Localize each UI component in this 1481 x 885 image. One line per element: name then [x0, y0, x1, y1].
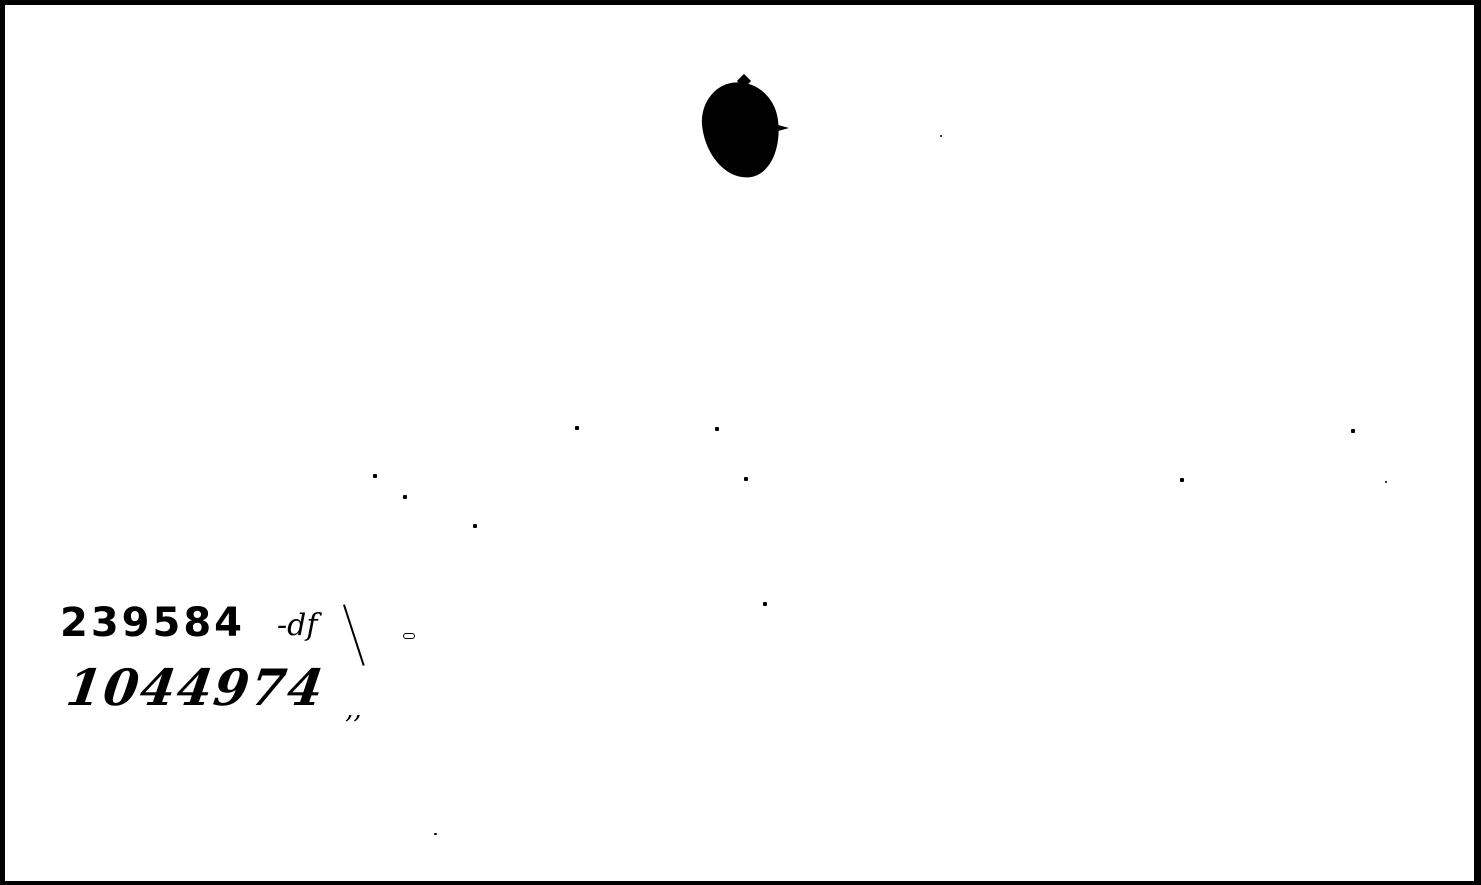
clerk-initials: -df — [277, 608, 317, 643]
dust-speck — [434, 833, 437, 835]
dust-speck — [473, 524, 477, 528]
signature-stroke — [343, 604, 365, 665]
dust-speck — [763, 602, 767, 606]
dust-speck — [1351, 429, 1355, 433]
dust-speck — [744, 477, 748, 481]
ink-smudge — [403, 633, 415, 639]
index-card: 239584 -df 1044974 ‚‚ — [5, 5, 1474, 881]
dust-speck — [1385, 481, 1387, 483]
dust-speck — [575, 426, 579, 430]
dust-speck — [373, 474, 377, 478]
initials-letter: f — [306, 608, 317, 643]
punched-hole-notch — [771, 123, 789, 133]
catalog-number: 239584 — [60, 603, 245, 643]
dust-speck — [715, 427, 719, 431]
dust-speck — [940, 135, 942, 137]
ditto-mark: ‚‚ — [345, 695, 362, 725]
dust-speck — [1180, 478, 1184, 482]
dust-speck — [403, 495, 407, 499]
initials-suffix: -d — [277, 608, 306, 643]
accession-number: 1044974 — [63, 663, 328, 713]
